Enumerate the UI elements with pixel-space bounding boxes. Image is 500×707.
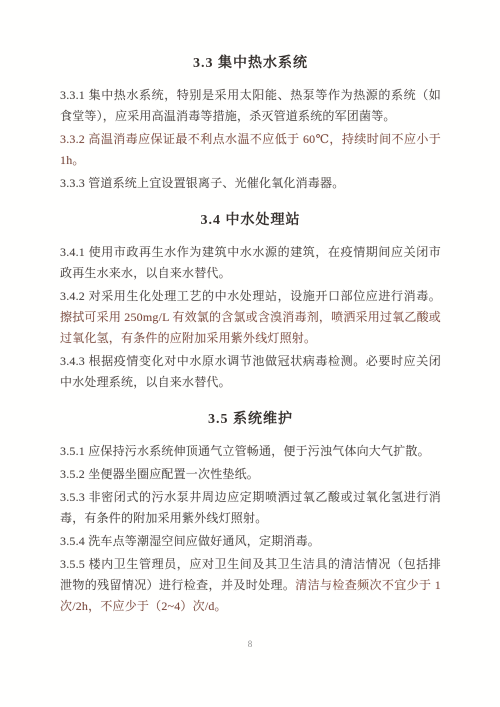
section-heading: 3.3 集中热水系统: [60, 52, 441, 72]
text-run: 3.3.3 管道系统上宜设置银离子、光催化氧化消毒器。: [60, 176, 344, 190]
document-page: 3.3 集中热水系统3.3.1 集中热水系统，特别是采用太阳能、热泵等作为热源的…: [0, 0, 500, 707]
paragraph: 3.5.5 楼内卫生管理员，应对卫生间及其卫生洁具的清洁情况（包括排泄物的残留情…: [60, 554, 441, 617]
highlighted-text-run: 3.3.2 高温消毒应保证最不利点水温不应低于 60℃，持续时间不应小于 1h。: [60, 132, 441, 167]
section-heading: 3.5 系统维护: [60, 408, 441, 428]
paragraph: 3.3.3 管道系统上宜设置银离子、光催化氧化消毒器。: [60, 173, 441, 194]
paragraph: 3.5.1 应保持污水系统伸顶通气立管畅通，便于污浊气体向大气扩散。: [60, 441, 441, 462]
paragraph: 3.4.1 使用市政再生水作为建筑中水水源的建筑，在疫情期间应关闭市政再生水来水…: [60, 242, 441, 284]
paragraph: 3.5.2 坐便器坐圈应配置一次性垫纸。: [60, 464, 441, 485]
text-run: 3.5.3 非密闭式的污水泵井周边应定期喷洒过氧乙酸或过氧化氢进行消毒，有条件的…: [60, 490, 441, 525]
paragraph: 3.4.2 对采用生化处理工艺的中水处理站，设施开口部位应进行消毒。擦拭可采用 …: [60, 286, 441, 349]
paragraph: 3.4.3 根据疫情变化对中水原水调节池做冠状病毒检测。必要时应关闭中水处理系统…: [60, 351, 441, 393]
paragraph: 3.5.4 洗车点等潮湿空间应做好通风，定期消毒。: [60, 531, 441, 552]
paragraph: 3.3.2 高温消毒应保证最不利点水温不应低于 60℃，持续时间不应小于 1h。: [60, 129, 441, 171]
text-run: 3.5.4 洗车点等潮湿空间应做好通风，定期消毒。: [60, 534, 320, 548]
document-body: 3.3 集中热水系统3.3.1 集中热水系统，特别是采用太阳能、热泵等作为热源的…: [60, 52, 441, 619]
section-heading: 3.4 中水处理站: [60, 209, 441, 229]
paragraph: 3.3.1 集中热水系统，特别是采用太阳能、热泵等作为热源的系统（如食堂等），应…: [60, 85, 441, 127]
text-run: 3.4.1 使用市政再生水作为建筑中水水源的建筑，在疫情期间应关闭市政再生水来水…: [60, 245, 441, 280]
text-run: 3.5.1 应保持污水系统伸顶通气立管畅通，便于污浊气体向大气扩散。: [60, 444, 430, 458]
page-number: 8: [0, 639, 500, 649]
paragraph: 3.5.3 非密闭式的污水泵井周边应定期喷洒过氧乙酸或过氧化氢进行消毒，有条件的…: [60, 487, 441, 529]
text-run: 3.4.2 对采用生化处理工艺的中水处理站，设施开口部位应进行消毒。: [60, 289, 441, 303]
text-run: 3.3.1 集中热水系统，特别是采用太阳能、热泵等作为热源的系统（如食堂等），应…: [60, 88, 441, 123]
text-run: 3.4.3 根据疫情变化对中水原水调节池做冠状病毒检测。必要时应关闭中水处理系统…: [60, 354, 441, 389]
text-run: 3.5.2 坐便器坐圈应配置一次性垫纸。: [60, 467, 259, 481]
highlighted-text-run: 擦拭可采用 250mg/L 有效氯的含氯或含溴消毒剂，喷洒采用过氧乙酸或过氧化氢…: [60, 310, 441, 345]
